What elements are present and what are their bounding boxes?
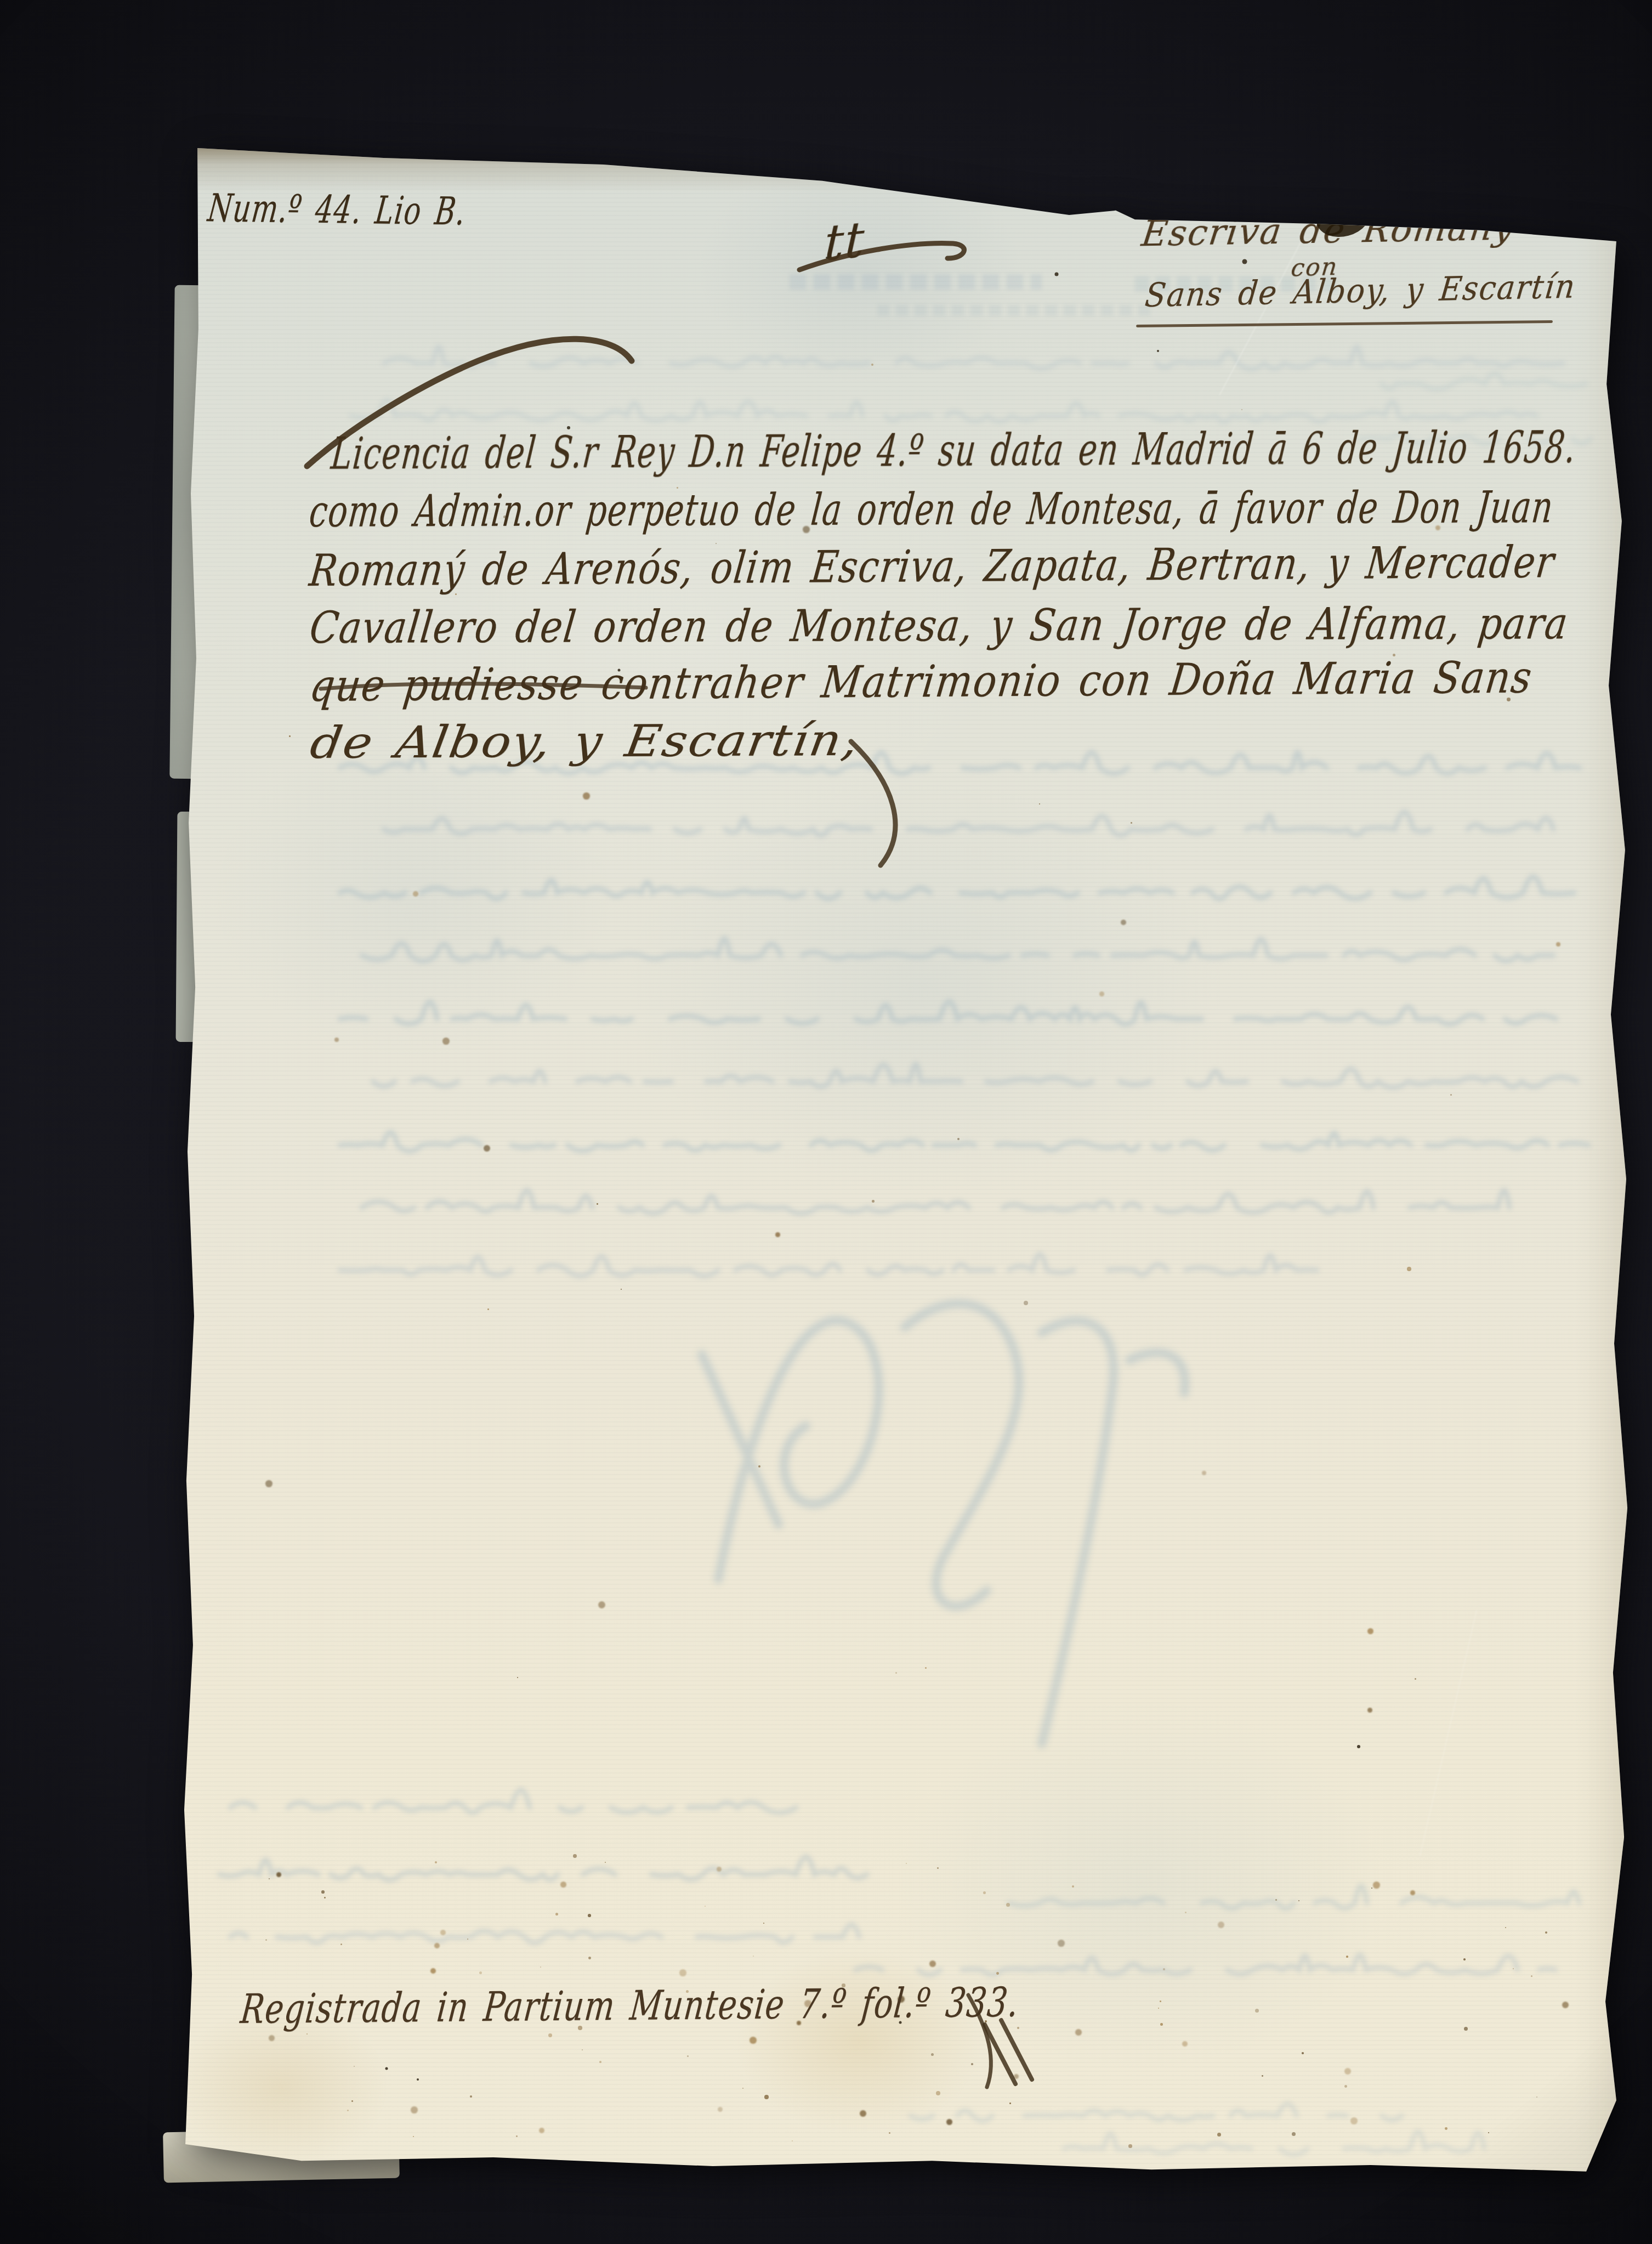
docket-connector: con xyxy=(1290,253,1339,282)
body-line-1: Licencia del S.r Rey D.n Felipe 4.º su d… xyxy=(329,422,1579,479)
body-line-6: de Alboy, y Escartín, xyxy=(307,715,863,768)
registration-double-slash xyxy=(985,2020,1032,2084)
docket-party2: Sans de Alboy, y Escartín xyxy=(1143,267,1577,315)
initial-l-swash xyxy=(307,339,632,466)
paper-crease xyxy=(1219,235,1305,396)
line6-flourish xyxy=(851,741,895,865)
bleed-through-stamp xyxy=(790,282,1343,310)
registration-line: Registrada in Partium Muntesie 7.º fol.º… xyxy=(239,1979,1021,2033)
body-line-5: que pudiesse contraher Matrimonio con Do… xyxy=(307,651,1535,711)
paraph-mark: tt xyxy=(824,211,866,272)
docket-party1: Escriva de Romaný xyxy=(1139,207,1517,254)
paper-scratch xyxy=(1419,1610,1477,1856)
archival-number: Num.º 44. Lio B. xyxy=(206,185,468,234)
ink-specks xyxy=(385,257,1361,2081)
que-flourish xyxy=(321,684,646,689)
manuscript-page: Num.º 44. Lio B. tt Escriva de Romaný co… xyxy=(0,0,1652,2244)
body-line-2: como Admin.or perpetuo de la orden de Mo… xyxy=(307,481,1556,537)
ink-flourishes xyxy=(0,0,1652,2244)
paraph-cross-stroke xyxy=(799,243,964,270)
body-line-4: Cavallero del orden de Montesa, y San Jo… xyxy=(307,598,1571,653)
ink-blot-romany xyxy=(1312,178,1375,243)
body-line-3: Romaný de Arenós, olim Escriva, Zapata, … xyxy=(307,536,1557,596)
photograph: Num.º 44. Lio B. tt Escriva de Romaný co… xyxy=(0,0,1652,2244)
registration-tail xyxy=(968,1995,991,2087)
docket-underline xyxy=(1136,320,1553,327)
bleed-through-writing xyxy=(0,0,1652,2244)
paper-shadow-wrap: Num.º 44. Lio B. tt Escriva de Romaný co… xyxy=(0,0,1652,2244)
royal-signature-showthrough xyxy=(702,1304,1185,1744)
